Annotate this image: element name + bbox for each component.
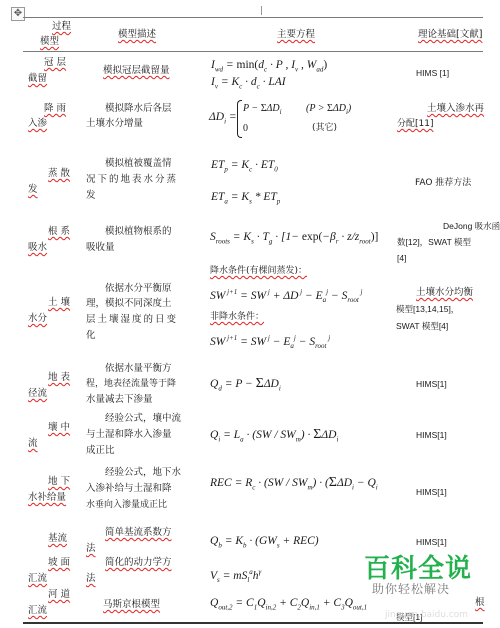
equation: Qi = La · (SW / SWm) · ΣΔDi: [210, 428, 338, 446]
process-name: 降 雨: [44, 102, 66, 116]
header-equations: 主要方程: [277, 28, 315, 42]
process-name: 冠 层: [44, 56, 66, 70]
description: 模拟植物根系的: [105, 225, 172, 239]
description: 依据水量平衡方: [105, 362, 172, 376]
description: 简化的动力学方: [105, 556, 172, 570]
equation: 0: [243, 122, 248, 136]
process-name: 蒸 散: [48, 167, 70, 181]
watermark-subtitle: 助你轻松解决: [372, 580, 450, 597]
description: 成正比: [86, 444, 115, 458]
reference: SWAT 模型[4]: [396, 319, 448, 333]
text-cursor: [261, 6, 262, 15]
equation-condition: (其它): [312, 121, 337, 135]
reference: HIMS [1]: [416, 66, 449, 80]
equation: Iwd = min(dc · P , Iv , Wad): [211, 58, 327, 76]
reference: [4]: [397, 251, 406, 265]
process-name: 壤 中: [48, 421, 70, 435]
process-name-cont: 流: [28, 437, 38, 451]
description: 土壤水分增量: [86, 117, 143, 131]
description: 模拟降水后各层: [105, 102, 172, 116]
equation: Vs = mSlahγ: [210, 565, 261, 587]
reference: 数[12]，SWAT 模型: [397, 235, 471, 249]
equation-condition: (P > ΣΔDi): [306, 102, 351, 119]
equation: Qout,2 = C1Qin,2 + C2Qin,1 + C3Qout,1: [210, 596, 367, 614]
equation: Qb = Kb · (GWs + REC): [210, 534, 319, 552]
description: 程，地表径流量等于降: [86, 377, 176, 391]
condition-label: 降水条件(有棵间蒸发)：: [210, 264, 307, 278]
description: 况下的地表水分蒸: [86, 173, 178, 187]
table-bottom-rule: [23, 622, 483, 624]
description: 与土湿和降水入渗量: [86, 428, 172, 442]
process-name-cont: 发: [28, 183, 38, 197]
equation: Qd = P − ΣΔDi: [210, 377, 281, 395]
process-name: 土 壤: [48, 296, 70, 310]
process-name-cont: 汇流: [28, 604, 47, 618]
header-process-line1: 过程: [52, 20, 71, 34]
description: 发: [86, 189, 96, 203]
process-name: 河 道: [48, 588, 70, 602]
process-name: 基流: [48, 532, 67, 546]
process-name-cont: 吸水: [28, 241, 47, 255]
header-process-line2: 模型: [40, 35, 59, 49]
condition-label: 非降水条件：: [210, 310, 264, 324]
description: 水垂向入渗量成正比: [86, 498, 167, 512]
description: 经验公式，地下水: [105, 466, 181, 480]
description: 经验公式，壤中流: [105, 412, 181, 426]
equation: Sroots = Ks · Tg · [1− exp(−βr · z/zroot…: [210, 230, 378, 248]
reference: HIMS[1]: [416, 485, 447, 499]
equation: ΔDi =: [209, 110, 237, 128]
equation: ETp = Kc · ET0: [211, 158, 278, 176]
equation: SW j+1 = SW j + ΔD j − Eaj − Sroot j: [210, 285, 362, 307]
description: 模拟冠层截留量: [103, 64, 170, 78]
equation: Iv = Kc · dc · LAI: [211, 75, 286, 93]
process-name: 地 下: [48, 475, 70, 489]
description: 依据水分平衡原: [105, 282, 172, 296]
description: 马斯京根模型: [103, 598, 160, 612]
equation: REC = Rc · (SW / SWm) · (ΣΔDi − Qi: [210, 476, 378, 494]
reference: 土壤水分均衡: [416, 286, 473, 300]
reference: HIMS[1]: [416, 535, 447, 549]
reference: DeJong 吸水函: [443, 219, 500, 233]
table-move-handle-icon[interactable]: ✥: [11, 7, 25, 21]
description: 法: [86, 572, 96, 586]
equation: SW j+1 = SW j − Eaj − Sroot j: [210, 331, 330, 353]
process-name-cont: 水分: [28, 312, 47, 326]
process-name-cont: 入渗: [28, 117, 47, 131]
equation: P − ΣΔDi: [243, 102, 282, 119]
description: 理，模拟不同深度土: [86, 297, 172, 311]
description: 简单基流系数方: [105, 526, 172, 540]
reference: HIMS[1]: [416, 428, 447, 442]
reference: FAO 推荐方法: [415, 176, 471, 190]
process-name-cont: 水补给量: [28, 491, 66, 505]
description: 层土壤湿度的日变: [86, 313, 178, 327]
reference: 分配[11]: [397, 117, 433, 131]
reference: HIMS[1]: [416, 377, 447, 391]
header-reference: 理论基础[文献]: [418, 28, 482, 42]
description: 法: [86, 542, 96, 556]
process-name-cont: 截留: [28, 72, 47, 86]
equation: ETa = Ks * ETp: [211, 190, 280, 208]
description: 入渗补给与土湿和降: [86, 482, 172, 496]
description: 水量减去下渗量: [86, 393, 153, 407]
description: 模拟植被覆盖情: [105, 157, 172, 171]
reference: 土壤入渗水再: [427, 102, 484, 116]
process-name: 坡 面: [48, 556, 70, 570]
header-rule: [23, 51, 483, 52]
process-name-cont: 汇流: [28, 572, 47, 586]
brace: [237, 100, 242, 138]
watermark-url: jingyan.baidu.com: [385, 610, 468, 620]
process-name: 根 系: [48, 225, 70, 239]
process-name-cont: 径流: [28, 387, 47, 401]
description: 吸收量: [86, 241, 115, 255]
header-description: 模型描述: [118, 28, 156, 42]
reference: 根: [475, 596, 485, 610]
table-top-rule: [23, 17, 483, 18]
process-name: 地 表: [48, 371, 70, 385]
reference: 模型[13,14,15]，: [396, 302, 459, 316]
description: 化: [86, 329, 96, 343]
